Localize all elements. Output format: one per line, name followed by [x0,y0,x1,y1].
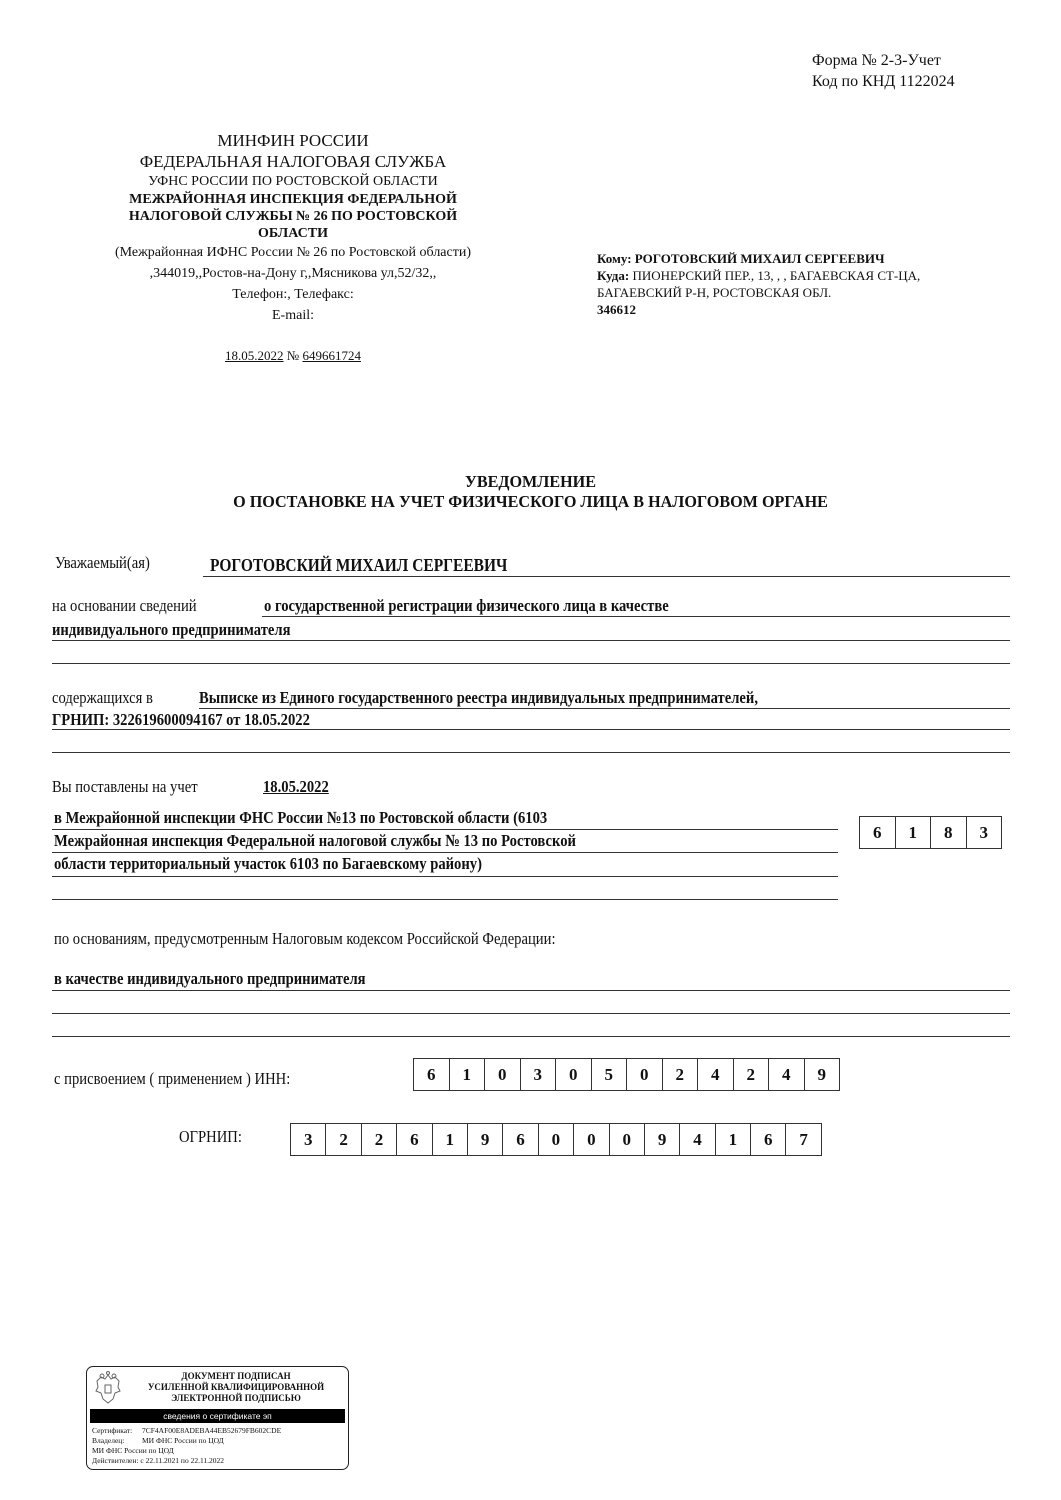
inspection-full: МЕЖРАЙОННАЯ ИНСПЕКЦИЯ ФЕДЕРАЛЬНОЙ НАЛОГО… [88,191,498,242]
authority-line-3: области территориальный участок 6103 по … [54,854,482,874]
sender-email: E-mail: [88,305,498,326]
basis-line-1: о государственной регистрации физическог… [264,596,669,616]
valid-label: Действителен: [92,1456,139,1465]
stamp-header-3: ЭЛЕКТРОННОЙ ПОДПИСЬЮ [125,1393,347,1404]
form-number: Форма № 2-3-Учет [812,50,955,71]
digit-cell: 2 [362,1123,397,1156]
service: ФЕДЕРАЛЬНАЯ НАЛОГОВАЯ СЛУЖБА [88,151,498,172]
source-underline-3 [52,752,1010,753]
stamp-header-2: УСИЛЕННОЙ КВАЛИФИЦИРОВАННОЙ [125,1382,347,1393]
inn-cells: 610305024249 [413,1058,840,1091]
digit-cell: 0 [539,1123,574,1156]
greeting-label: Уважаемый(ая) [55,553,150,573]
basis-line-2: индивидуального предпринимателя [52,620,290,640]
recipient-postcode: 346612 [597,301,1017,318]
digit-cell: 9 [468,1123,503,1156]
digit-cell: 1 [450,1058,486,1091]
greeting-underline [203,576,1010,577]
digit-cell: 1 [896,816,932,849]
cert-value: 7CF4AF00E8ADEBA44EB52679FB602CDE [142,1426,281,1435]
digit-cell: 6 [751,1123,786,1156]
knd-code: Код по КНД 1122024 [812,71,955,92]
authority-code-cells: 6183 [859,816,1002,849]
stamp-header-1: ДОКУМЕНТ ПОДПИСАН [125,1371,347,1382]
owner-value: МИ ФНС России по ЦОД [142,1436,224,1445]
digit-cell: 6 [503,1123,538,1156]
grounds-underline-1 [52,990,1010,991]
title-line-1: УВЕДОМЛЕНИЕ [27,472,1035,492]
authority-line-1: в Межрайонной инспекции ФНС России №13 п… [54,808,547,828]
document-ref: 18.05.2022 № 649661724 [88,348,498,364]
owner-label: Владелец: [92,1436,142,1446]
digit-cell: 9 [645,1123,680,1156]
title-line-2: О ПОСТАНОВКЕ НА УЧЕТ ФИЗИЧЕСКОГО ЛИЦА В … [27,492,1035,512]
where-label: Куда: [597,268,629,283]
digit-cell: 3 [291,1123,326,1156]
digit-cell: 0 [627,1058,663,1091]
document-title: УВЕДОМЛЕНИЕ О ПОСТАНОВКЕ НА УЧЕТ ФИЗИЧЕС… [27,472,1035,512]
certificate-info: Сертификат:7CF4AF00E8ADEBA44EB52679FB602… [92,1426,281,1466]
sender-block: МИНФИН РОССИИ ФЕДЕРАЛЬНАЯ НАЛОГОВАЯ СЛУЖ… [88,130,498,364]
digit-cell: 8 [931,816,967,849]
document-date: 18.05.2022 [225,348,284,363]
greeting-name: РОГОТОВСКИЙ МИХАИЛ СЕРГЕЕВИЧ [210,555,507,576]
ogrnip-cells: 322619600094167 [290,1123,822,1156]
owner-line-2: МИ ФНС России по ЦОД [92,1446,281,1456]
digit-cell: 2 [326,1123,361,1156]
digit-cell: 4 [698,1058,734,1091]
digit-cell: 1 [716,1123,751,1156]
source-underline-2 [52,729,1010,730]
source-label: содержащихся в [52,688,153,708]
document-number: 649661724 [302,348,361,363]
basis-underline-2 [52,640,1010,641]
digit-cell: 2 [663,1058,699,1091]
grounds-underline-2 [52,1013,1010,1014]
digit-cell: 6 [397,1123,432,1156]
recipient-address-2: БАГАЕВСКИЙ Р-Н, РОСТОВСКАЯ ОБЛ. [597,284,1017,301]
source-line-1: Выписке из Единого государственного реес… [199,688,758,708]
recipient-name: РОГОТОВСКИЙ МИХАИЛ СЕРГЕЕВИЧ [635,251,885,266]
digit-cell: 3 [521,1058,557,1091]
cert-label: Сертификат: [92,1426,142,1436]
digit-cell: 9 [805,1058,841,1091]
inspection-short: (Межрайонная ИФНС России № 26 по Ростовс… [88,242,498,263]
inn-label: с присвоением ( применением ) ИНН: [54,1069,290,1089]
digit-cell: 6 [860,816,896,849]
sender-address: ,344019,,Ростов-на-Дону г,,Мясникова ул,… [88,263,498,284]
grounds-value: в качестве индивидуального предпринимате… [54,969,366,989]
digit-cell: 0 [485,1058,521,1091]
authority-line-2: Межрайонная инспекция Федеральной налого… [54,831,576,851]
digit-cell: 2 [734,1058,770,1091]
sender-phone: Телефон:, Телефакс: [88,284,498,305]
digit-cell: 0 [574,1123,609,1156]
ogrnip-label: ОГРНИП: [179,1127,242,1147]
authority-underline-3 [52,876,838,877]
digit-cell: 6 [414,1058,450,1091]
authority-underline-1 [52,829,838,830]
digit-cell: 4 [769,1058,805,1091]
registered-date: 18.05.2022 [263,777,329,797]
e-signature-stamp: ДОКУМЕНТ ПОДПИСАН УСИЛЕННОЙ КВАЛИФИЦИРОВ… [86,1366,349,1470]
digit-cell: 3 [967,816,1003,849]
stamp-header: ДОКУМЕНТ ПОДПИСАН УСИЛЕННОЙ КВАЛИФИЦИРОВ… [125,1371,347,1404]
basis-underline-1 [262,616,1010,617]
digit-cell: 5 [592,1058,628,1091]
recipient-block: Кому: РОГОТОВСКИЙ МИХАИЛ СЕРГЕЕВИЧ Куда:… [597,250,1017,318]
form-code: Форма № 2-3-Учет Код по КНД 1122024 [812,50,955,92]
coat-of-arms-icon [93,1371,123,1407]
document-number-label: № [287,348,299,363]
ministry: МИНФИН РОССИИ [88,130,498,151]
digit-cell: 0 [556,1058,592,1091]
grounds-underline-3 [52,1036,1010,1037]
regional-office: УФНС РОССИИ ПО РОСТОВСКОЙ ОБЛАСТИ [88,172,498,191]
certificate-bar: сведения о сертификате эп [90,1409,345,1423]
recipient-address-1: ПИОНЕРСКИЙ ПЕР., 13, , , БАГАЕВСКАЯ СТ-Ц… [632,268,920,283]
basis-underline-3 [52,663,1010,664]
registered-label: Вы поставлены на учет [52,777,198,797]
source-line-2: ГРНИП: 322619600094167 от 18.05.2022 [52,710,310,730]
to-label: Кому: [597,251,632,266]
digit-cell: 7 [786,1123,821,1156]
grounds-label: по основаниям, предусмотренным Налоговым… [54,929,556,949]
digit-cell: 0 [610,1123,645,1156]
valid-value: с 22.11.2021 по 22.11.2022 [140,1456,224,1465]
authority-underline-2 [52,852,838,853]
digit-cell: 1 [433,1123,468,1156]
source-underline-1 [199,708,1010,709]
digit-cell: 4 [680,1123,715,1156]
authority-underline-4 [52,899,838,900]
basis-label: на основании сведений [52,596,197,616]
